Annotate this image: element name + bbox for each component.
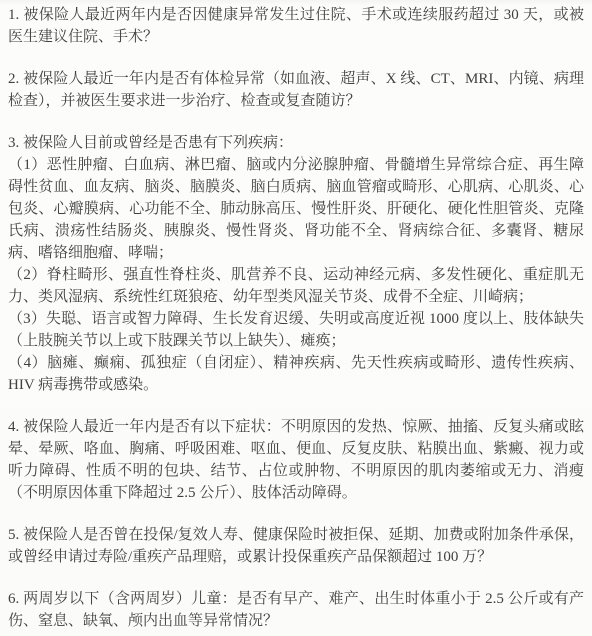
question-3-intro: 3. 被保险人目前或曾经是否患有下列疾病： xyxy=(8,132,584,154)
question-2: 2. 被保险人最近一年内是否有体检异常（如血液、超声、X 线、CT、MRI、内镜… xyxy=(8,68,584,112)
question-3-item-2: （2）脊柱畸形、强直性脊柱炎、肌营养不良、运动神经元病、多发性硬化、重症肌无力、… xyxy=(8,264,584,308)
question-4-text: 4. 被保险人最近一年内是否有以下症状：不明原因的发热、惊厥、抽搐、反复头痛或眩… xyxy=(8,416,584,504)
question-6-text: 6. 两周岁以下（含两周岁）儿童：是否有早产、难产、出生时体重小于 2.5 公斤… xyxy=(8,588,584,632)
question-1-text: 1. 被保险人最近两年内是否因健康异常发生过住院、手术或连续服药超过 30 天，… xyxy=(8,4,584,48)
question-5: 5. 被保险人是否曾在投保/复效人寿、健康保险时被拒保、延期、加费或附加条件承保… xyxy=(8,524,584,568)
questionnaire-document: 1. 被保险人最近两年内是否因健康异常发生过住院、手术或连续服药超过 30 天，… xyxy=(0,0,592,636)
question-4: 4. 被保险人最近一年内是否有以下症状：不明原因的发热、惊厥、抽搐、反复头痛或眩… xyxy=(8,416,584,504)
question-5-text: 5. 被保险人是否曾在投保/复效人寿、健康保险时被拒保、延期、加费或附加条件承保… xyxy=(8,524,584,568)
question-2-text: 2. 被保险人最近一年内是否有体检异常（如血液、超声、X 线、CT、MRI、内镜… xyxy=(8,68,584,112)
question-6: 6. 两周岁以下（含两周岁）儿童：是否有早产、难产、出生时体重小于 2.5 公斤… xyxy=(8,588,584,632)
question-1: 1. 被保险人最近两年内是否因健康异常发生过住院、手术或连续服药超过 30 天，… xyxy=(8,4,584,48)
question-3: 3. 被保险人目前或曾经是否患有下列疾病： （1）恶性肿瘤、白血病、淋巴瘤、脑或… xyxy=(8,132,584,396)
question-3-item-3: （3）失聪、语言或智力障碍、生长发育迟缓、失明或高度近视 1000 度以上、肢体… xyxy=(8,308,584,352)
question-3-item-1: （1）恶性肿瘤、白血病、淋巴瘤、脑或内分泌腺肿瘤、骨髓增生异常综合症、再生障碍性… xyxy=(8,154,584,264)
question-3-item-4: （4）脑瘫、癫痫、孤独症（自闭症）、精神疾病、先天性疾病或畸形、遗传性疾病、HI… xyxy=(8,352,584,396)
